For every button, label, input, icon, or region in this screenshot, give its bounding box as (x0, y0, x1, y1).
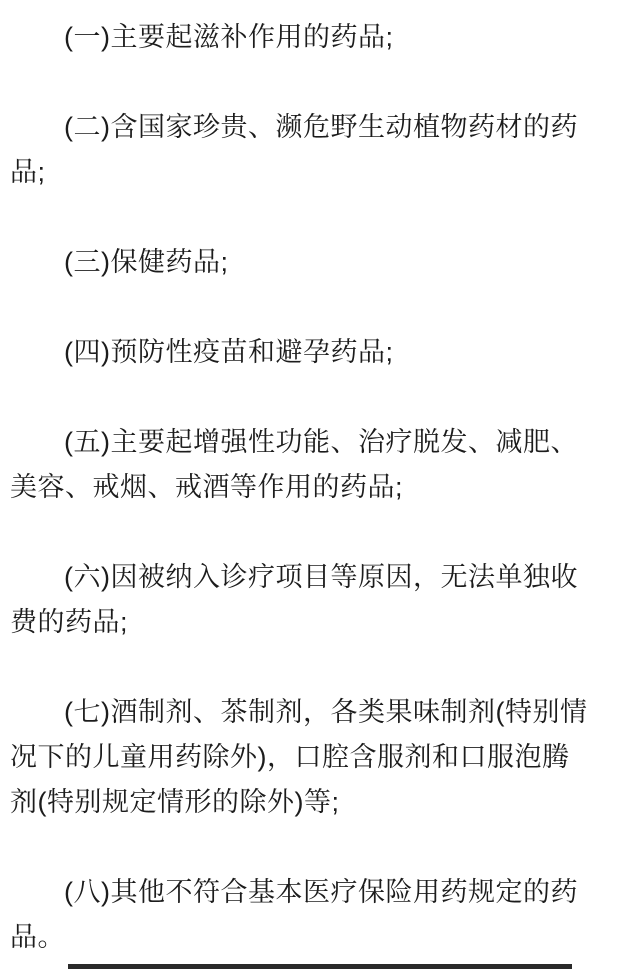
list-item-8-text-line-2: 品。 (10, 915, 630, 960)
list-item-6-text-line-2: 费的药品; (10, 600, 630, 645)
list-item-2-text-line-2: 品; (10, 150, 630, 195)
list-item-5-text-line-2: 美容、戒烟、戒酒等作用的药品; (10, 465, 630, 510)
list-item-4-text: (四)预防性疫苗和避孕药品; (10, 330, 630, 375)
list-item-4: (四)预防性疫苗和避孕药品; (10, 330, 630, 375)
list-item-8-text-line-1: (八)其他不符合基本医疗保险用药规定的药 (10, 870, 630, 915)
list-item-5: (五)主要起增强性功能、治疗脱发、减肥、 美容、戒烟、戒酒等作用的药品; (10, 420, 630, 510)
list-item-5-text-line-1: (五)主要起增强性功能、治疗脱发、减肥、 (10, 420, 630, 465)
list-item-7: (七)酒制剂、茶制剂，各类果味制剂(特别情 况下的儿童用药除外)，口腔含服剂和口… (10, 690, 630, 825)
list-item-3-text: (三)保健药品; (10, 240, 630, 285)
list-item-2-text-line-1: (二)含国家珍贵、濒危野生动植物药材的药 (10, 105, 630, 150)
list-item-1-text: (一)主要起滋补作用的药品; (10, 15, 630, 60)
list-item-3: (三)保健药品; (10, 240, 630, 285)
list-item-6: (六)因被纳入诊疗项目等原因，无法单独收 费的药品; (10, 555, 630, 645)
list-item-7-text-line-3: 剂(特别规定情形的除外)等; (10, 780, 630, 825)
list-item-6-text-line-1: (六)因被纳入诊疗项目等原因，无法单独收 (10, 555, 630, 600)
list-item-2: (二)含国家珍贵、濒危野生动植物药材的药 品; (10, 105, 630, 195)
list-item-7-text-line-1: (七)酒制剂、茶制剂，各类果味制剂(特别情 (10, 690, 630, 735)
bottom-divider (68, 964, 572, 969)
document-body: (一)主要起滋补作用的药品; (二)含国家珍贵、濒危野生动植物药材的药 品; (… (0, 0, 640, 960)
list-item-8: (八)其他不符合基本医疗保险用药规定的药 品。 (10, 870, 630, 960)
list-item-1: (一)主要起滋补作用的药品; (10, 15, 630, 60)
list-item-7-text-line-2: 况下的儿童用药除外)，口腔含服剂和口服泡腾 (10, 735, 630, 780)
